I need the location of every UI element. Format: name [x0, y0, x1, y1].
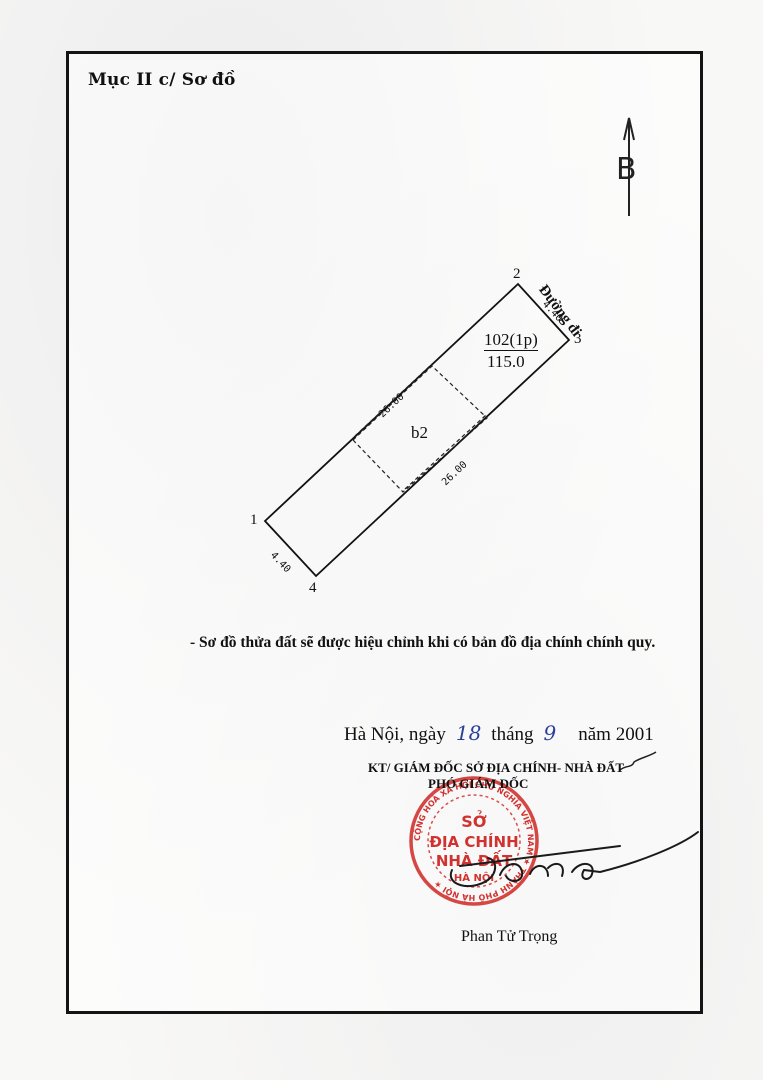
date-day: 18 [456, 721, 481, 745]
date-year: năm 2001 [578, 724, 653, 745]
signer-name: Phan Tử Trọng [461, 928, 557, 946]
date-place: Hà Nội, ngày [344, 724, 446, 745]
land-parcel-diagram: SỞ ĐỊA CHÍNH NHÀ ĐẤT HÀ NỘI CỘNG HOÀ XÃ … [0, 0, 763, 1080]
date-month: 9 [544, 721, 557, 745]
diagram-note: - Sơ đồ thửa đất sẽ được hiệu chỉnh khi … [190, 634, 655, 652]
point-label-1: 1 [250, 512, 258, 529]
svg-text:NHÀ ĐẤT: NHÀ ĐẤT [436, 849, 513, 870]
date-month-label: tháng [491, 724, 533, 745]
initial-mark [620, 752, 656, 770]
signatory-title: KT/ GIÁM ĐỐC SỞ ĐỊA CHÍNH- NHÀ ĐẤT [368, 760, 624, 776]
signatory-position: PHÓ GIÁM ĐỐC [428, 776, 528, 792]
parcel-area: 115.0 [487, 352, 525, 372]
point-label-2: 2 [513, 266, 521, 283]
point-label-4: 4 [309, 580, 317, 597]
north-label: B [616, 155, 637, 185]
date-line: Hà Nội, ngày18tháng9năm 2001 [344, 721, 654, 746]
svg-text:ĐỊA CHÍNH: ĐỊA CHÍNH [429, 832, 518, 851]
parcel-id: 102(1p) [484, 330, 538, 351]
svg-text:HÀ NỘI: HÀ NỘI [454, 871, 494, 884]
building-label: b2 [411, 423, 428, 443]
point-label-3: 3 [574, 331, 582, 348]
svg-text:SỞ: SỞ [461, 810, 487, 831]
